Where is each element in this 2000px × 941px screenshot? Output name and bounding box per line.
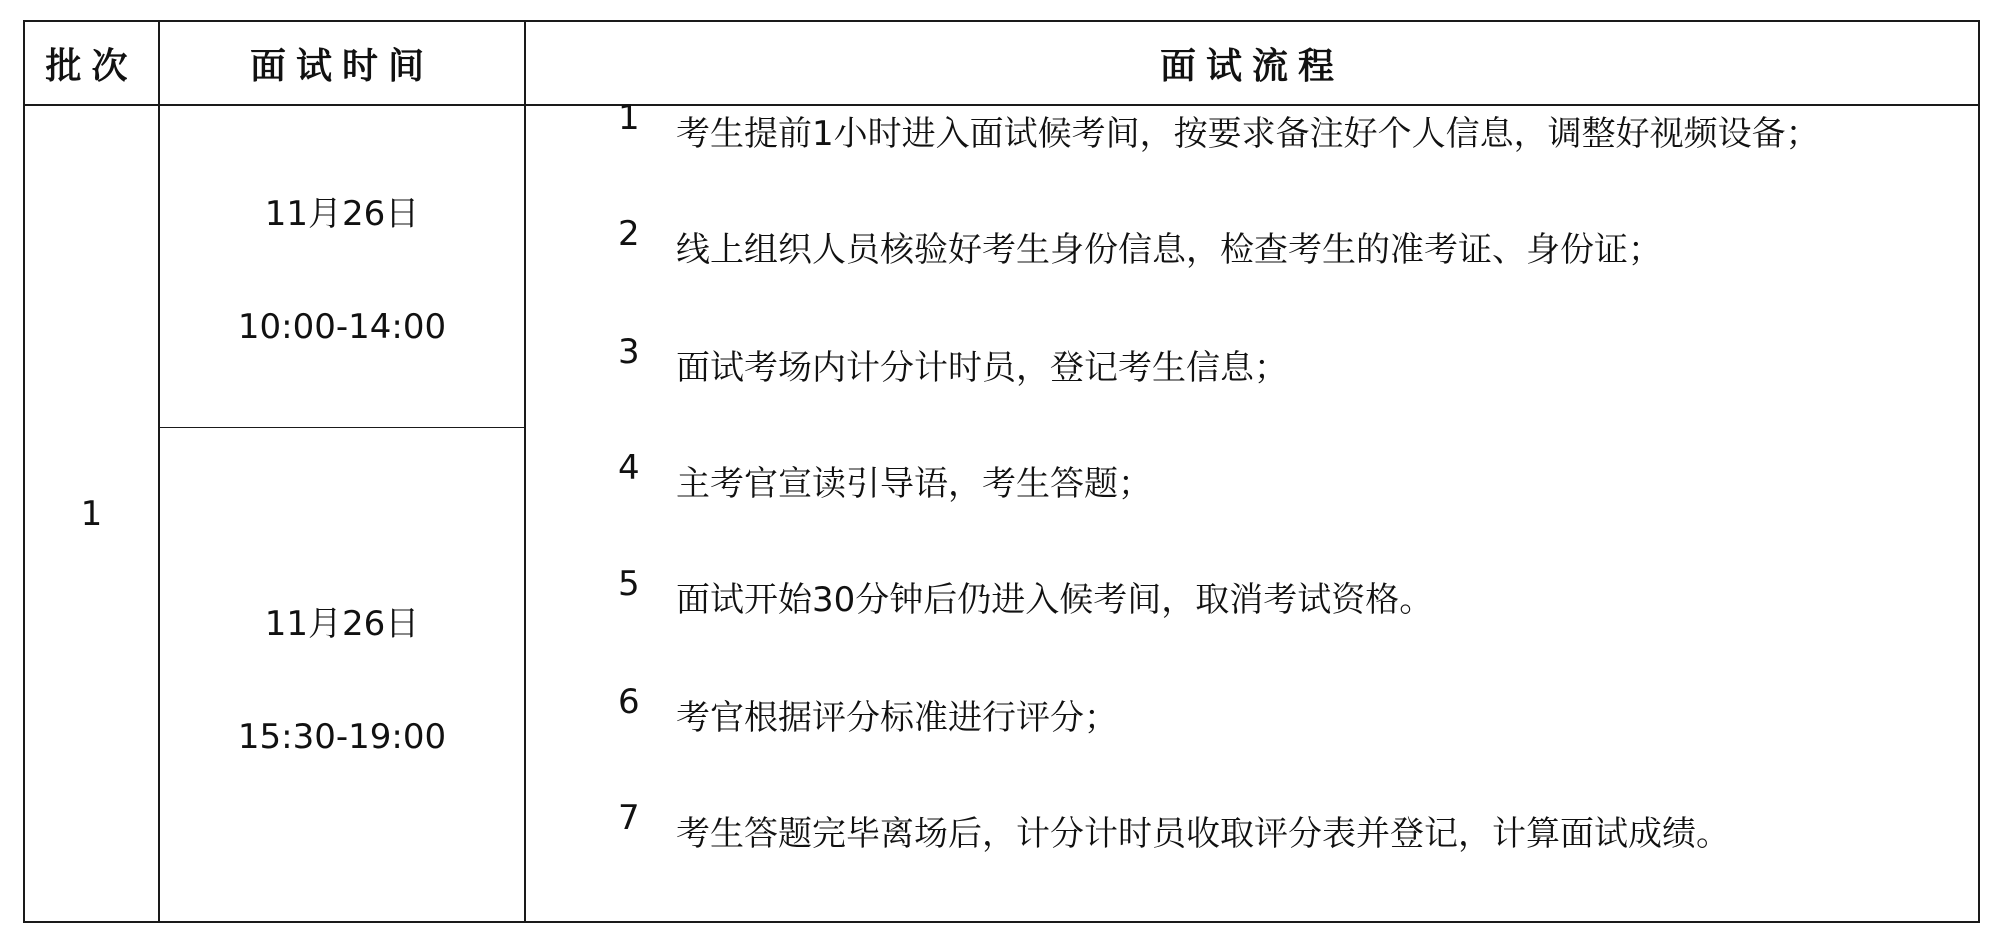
- process-steps-list: 1 考生提前1小时进入面试候考间，按要求备注好个人信息，调整好视频设备；: [526, 106, 1978, 921]
- session-time-range: 10:00-14:00: [238, 307, 446, 347]
- header-interview-time: 面试时间: [160, 22, 524, 104]
- session-date: 11月26日: [265, 186, 420, 235]
- session-time-range: 15:30-19:00: [238, 717, 446, 757]
- session-2: 11月26日 15:30-19:00: [160, 429, 524, 923]
- time-row-divider: [160, 427, 524, 428]
- session-1: 11月26日 10:00-14:00: [160, 106, 524, 427]
- header-interview-process: 面试流程: [526, 22, 1978, 104]
- interview-schedule-table: 批次 面试时间 面试流程 1 11月26日 10:00-14:00 11月26日…: [23, 20, 1980, 923]
- batch-number: 1: [25, 106, 158, 921]
- header-batch: 批次: [25, 22, 158, 104]
- session-date: 11月26日: [265, 596, 420, 645]
